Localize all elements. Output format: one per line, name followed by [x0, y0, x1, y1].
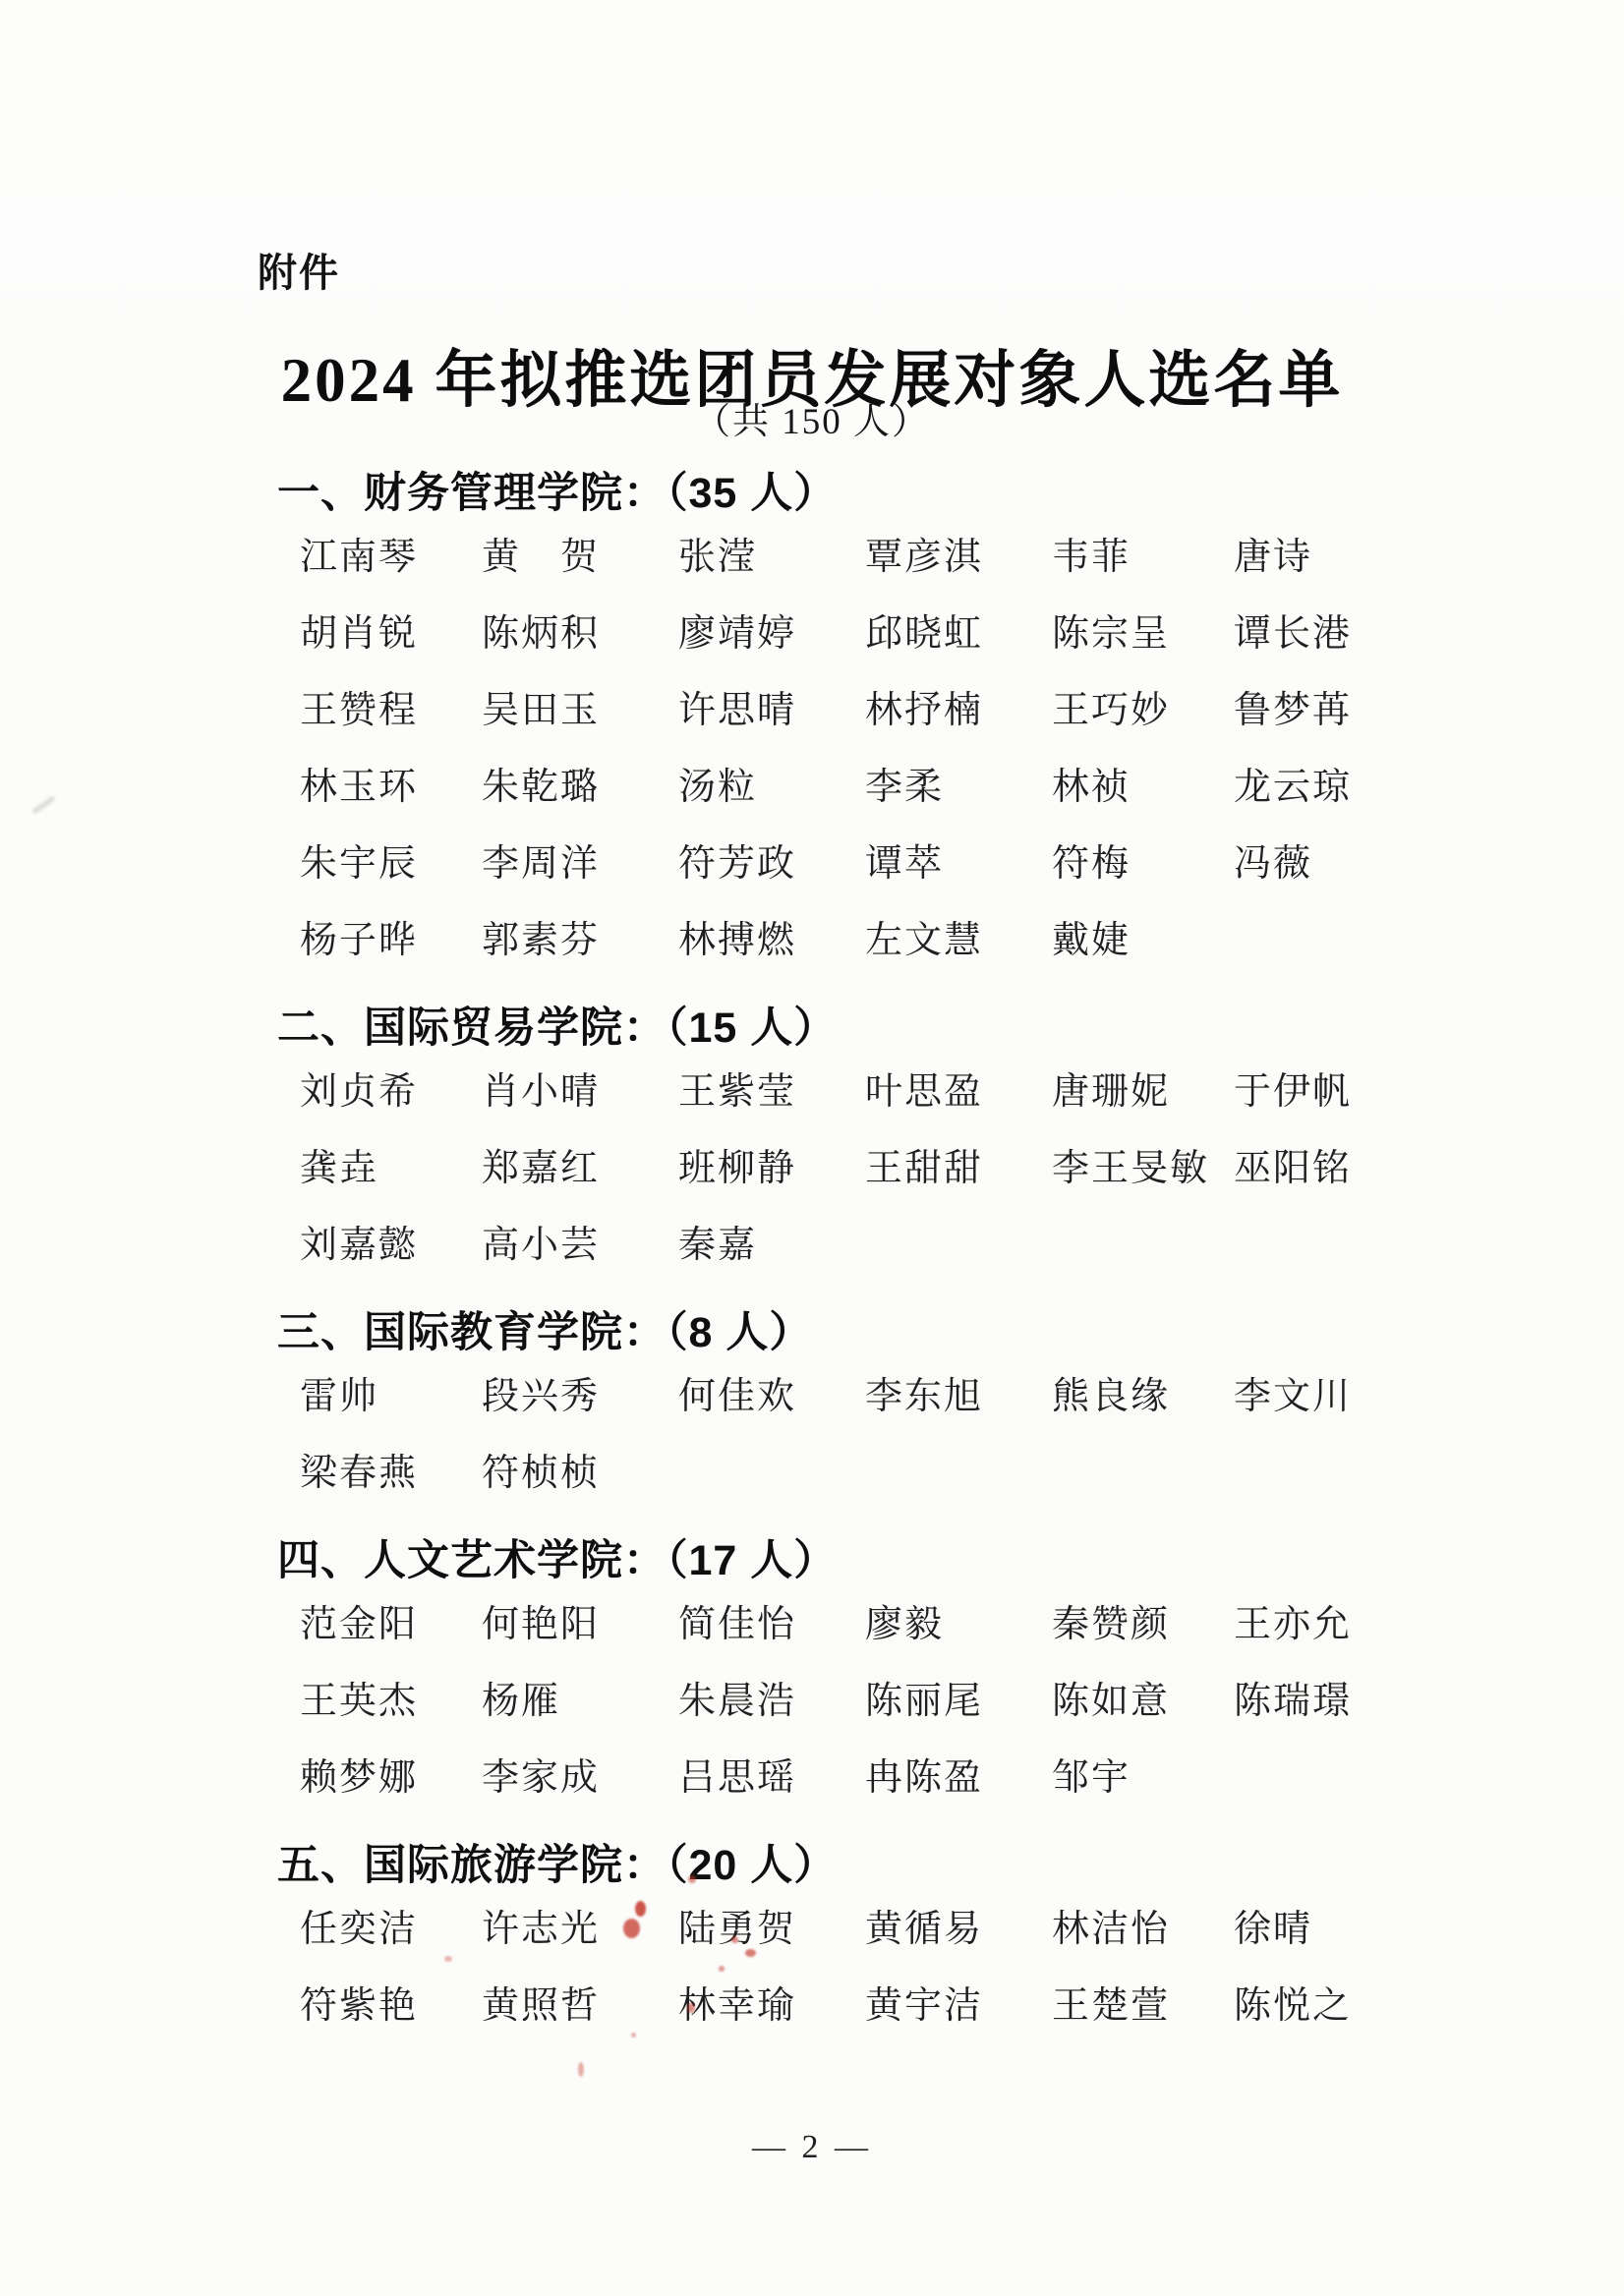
student-name: 谭长港	[1234, 596, 1506, 672]
student-name: 陈宗呈	[1052, 596, 1234, 672]
student-name: 任奕洁	[300, 1891, 482, 1968]
student-name: 左文慧	[865, 902, 1052, 979]
red-ink-speck	[688, 1875, 696, 1883]
student-name: 李东旭	[865, 1358, 1052, 1435]
student-name: 朱晨浩	[678, 1663, 865, 1740]
name-row: 梁春燕符桢桢	[300, 1435, 1506, 1512]
red-ink-speck	[745, 1949, 756, 1957]
student-name: 肖小晴	[482, 1054, 678, 1130]
name-row: 任奕洁许志光陆勇贺黄循易林洁怡徐晴	[300, 1891, 1506, 1968]
student-name: 段兴秀	[482, 1358, 678, 1435]
scanned-document-page: 附件 2024 年拟推选团员发展对象人选名单 （共 150 人） 一、财务管理学…	[0, 0, 1624, 2296]
student-name: 李文川	[1234, 1358, 1506, 1435]
student-name: 杨雁	[482, 1663, 678, 1740]
name-row: 刘嘉懿高小芸秦嘉	[300, 1207, 1506, 1284]
name-row: 赖梦娜李家成吕思瑶冉陈盈邹宇	[300, 1740, 1506, 1816]
red-ink-speck	[719, 1966, 725, 1972]
student-name: 林祯	[1052, 749, 1234, 826]
total-count-subtitle: （共 150 人）	[0, 391, 1624, 444]
red-ink-speck	[631, 2033, 636, 2038]
student-name: 何佳欢	[678, 1358, 865, 1435]
student-name: 刘贞希	[300, 1054, 482, 1130]
college-section: 三、国际教育学院：（8 人） 雷帅段兴秀何佳欢李东旭熊良缘李文川梁春燕符桢桢	[0, 1307, 1624, 1512]
student-name: 吕思瑶	[678, 1740, 865, 1816]
name-row: 符紫艳黄照哲林幸瑜黄宇洁王楚萱陈悦之	[300, 1968, 1506, 2044]
student-name: 简佳怡	[678, 1586, 865, 1663]
student-name: 黄循易	[865, 1891, 1052, 1968]
attachment-label: 附件	[258, 242, 340, 298]
student-name: 林抒楠	[865, 672, 1052, 749]
student-name: 徐晴	[1234, 1891, 1506, 1968]
college-section: 五、国际旅游学院：（20 人） 任奕洁许志光陆勇贺黄循易林洁怡徐晴符紫艳黄照哲林…	[0, 1840, 1624, 2044]
student-name: 廖靖婷	[678, 596, 865, 672]
student-name: 班柳静	[678, 1130, 865, 1207]
name-row: 王英杰杨雁朱晨浩陈丽尾陈如意陈瑞璟	[300, 1663, 1506, 1740]
student-name: 黄照哲	[482, 1968, 678, 2044]
name-row: 王赞程吴田玉许思晴林抒楠王巧妙鲁梦苒	[300, 672, 1506, 749]
student-name: 许思晴	[678, 672, 865, 749]
name-row: 胡肖锐陈炳积廖靖婷邱晓虹陈宗呈谭长港	[300, 596, 1506, 672]
student-name: 邱晓虹	[865, 596, 1052, 672]
college-heading: 一、财务管理学院：（35 人）	[277, 468, 1624, 519]
student-name: 林洁怡	[1052, 1891, 1234, 1968]
student-name: 郑嘉红	[482, 1130, 678, 1207]
student-name: 梁春燕	[300, 1435, 482, 1512]
student-name: 杨子晔	[300, 902, 482, 979]
red-ink-speck	[623, 1919, 640, 1938]
red-ink-speck	[578, 2062, 584, 2077]
student-name: 鲁梦苒	[1234, 672, 1506, 749]
name-row: 林玉环朱乾璐汤粒李柔林祯龙云琼	[300, 749, 1506, 826]
student-name: 陆勇贺	[678, 1891, 865, 1968]
name-row: 范金阳何艳阳简佳怡廖毅秦赞颜王亦允	[300, 1586, 1506, 1663]
student-name: 王楚萱	[1052, 1968, 1234, 2044]
student-name: 许志光	[482, 1891, 678, 1968]
student-name: 林搏燃	[678, 902, 865, 979]
page-number: — 2 —	[0, 2129, 1624, 2166]
name-row: 刘贞希肖小晴王紫莹叶思盈唐珊妮于伊帆	[300, 1054, 1506, 1130]
red-ink-speck	[444, 1956, 452, 1962]
red-ink-speck	[635, 1901, 646, 1917]
student-name: 符芳政	[678, 826, 865, 902]
student-name: 谭萃	[865, 826, 1052, 902]
college-section: 一、财务管理学院：（35 人） 江南琴黄 贺张滢覃彦淇韦菲唐诗胡肖锐陈炳积廖靖婷…	[0, 468, 1624, 979]
name-row: 雷帅段兴秀何佳欢李东旭熊良缘李文川	[300, 1358, 1506, 1435]
student-name: 李家成	[482, 1740, 678, 1816]
student-name: 唐诗	[1234, 519, 1506, 596]
student-name: 巫阳铭	[1234, 1130, 1506, 1207]
student-name: 吴田玉	[482, 672, 678, 749]
student-name: 符梅	[1052, 826, 1234, 902]
student-name: 秦嘉	[678, 1207, 865, 1284]
name-row: 杨子晔郭素芬林搏燃左文慧戴婕	[300, 902, 1506, 979]
student-name: 朱宇辰	[300, 826, 482, 902]
student-name: 李柔	[865, 749, 1052, 826]
sections-container: 一、财务管理学院：（35 人） 江南琴黄 贺张滢覃彦淇韦菲唐诗胡肖锐陈炳积廖靖婷…	[0, 454, 1624, 2044]
student-name: 熊良缘	[1052, 1358, 1234, 1435]
name-row: 江南琴黄 贺张滢覃彦淇韦菲唐诗	[300, 519, 1506, 596]
student-name: 黄 贺	[482, 519, 678, 596]
college-heading: 四、人文艺术学院：（17 人）	[277, 1535, 1624, 1586]
name-row: 龚垚郑嘉红班柳静王甜甜李王旻敏巫阳铭	[300, 1130, 1506, 1207]
student-name: 林玉环	[300, 749, 482, 826]
student-name: 戴婕	[1052, 902, 1234, 979]
student-name: 范金阳	[300, 1586, 482, 1663]
student-name: 陈丽尾	[865, 1663, 1052, 1740]
student-name: 赖梦娜	[300, 1740, 482, 1816]
student-name: 陈炳积	[482, 596, 678, 672]
student-name: 雷帅	[300, 1358, 482, 1435]
college-section: 四、人文艺术学院：（17 人） 范金阳何艳阳简佳怡廖毅秦赞颜王亦允王英杰杨雁朱晨…	[0, 1535, 1624, 1816]
student-name: 林幸瑜	[678, 1968, 865, 2044]
student-name: 张滢	[678, 519, 865, 596]
student-name: 邹宇	[1052, 1740, 1234, 1816]
student-name: 汤粒	[678, 749, 865, 826]
student-name: 李王旻敏	[1052, 1130, 1234, 1207]
student-name: 陈如意	[1052, 1663, 1234, 1740]
student-name: 王英杰	[300, 1663, 482, 1740]
student-name: 陈瑞璟	[1234, 1663, 1506, 1740]
student-name: 符桢桢	[482, 1435, 678, 1512]
student-name: 覃彦淇	[865, 519, 1052, 596]
college-heading: 三、国际教育学院：（8 人）	[277, 1307, 1624, 1358]
student-name: 唐珊妮	[1052, 1054, 1234, 1130]
student-name: 叶思盈	[865, 1054, 1052, 1130]
student-name: 龚垚	[300, 1130, 482, 1207]
college-heading: 二、国际贸易学院：（15 人）	[277, 1003, 1624, 1054]
name-row: 朱宇辰李周洋符芳政谭萃符梅冯薇	[300, 826, 1506, 902]
student-name: 江南琴	[300, 519, 482, 596]
student-name: 何艳阳	[482, 1586, 678, 1663]
student-name: 冉陈盈	[865, 1740, 1052, 1816]
student-name: 黄宇洁	[865, 1968, 1052, 2044]
student-name: 于伊帆	[1234, 1054, 1506, 1130]
student-name: 刘嘉懿	[300, 1207, 482, 1284]
student-name: 冯薇	[1234, 826, 1506, 902]
student-name: 陈悦之	[1234, 1968, 1506, 2044]
red-ink-speck	[687, 2003, 695, 2013]
student-name: 王甜甜	[865, 1130, 1052, 1207]
student-name: 王巧妙	[1052, 672, 1234, 749]
student-name: 王紫莹	[678, 1054, 865, 1130]
student-name: 胡肖锐	[300, 596, 482, 672]
student-name: 秦赞颜	[1052, 1586, 1234, 1663]
student-name: 龙云琼	[1234, 749, 1506, 826]
student-name: 王赞程	[300, 672, 482, 749]
red-ink-speck	[731, 1936, 738, 1943]
college-section: 二、国际贸易学院：（15 人） 刘贞希肖小晴王紫莹叶思盈唐珊妮于伊帆龚垚郑嘉红班…	[0, 1003, 1624, 1284]
student-name: 朱乾璐	[482, 749, 678, 826]
college-heading: 五、国际旅游学院：（20 人）	[277, 1840, 1624, 1891]
student-name: 李周洋	[482, 826, 678, 902]
student-name: 郭素芬	[482, 902, 678, 979]
student-name: 韦菲	[1052, 519, 1234, 596]
student-name: 高小芸	[482, 1207, 678, 1284]
student-name: 王亦允	[1234, 1586, 1506, 1663]
student-name: 廖毅	[865, 1586, 1052, 1663]
student-name: 符紫艳	[300, 1968, 482, 2044]
